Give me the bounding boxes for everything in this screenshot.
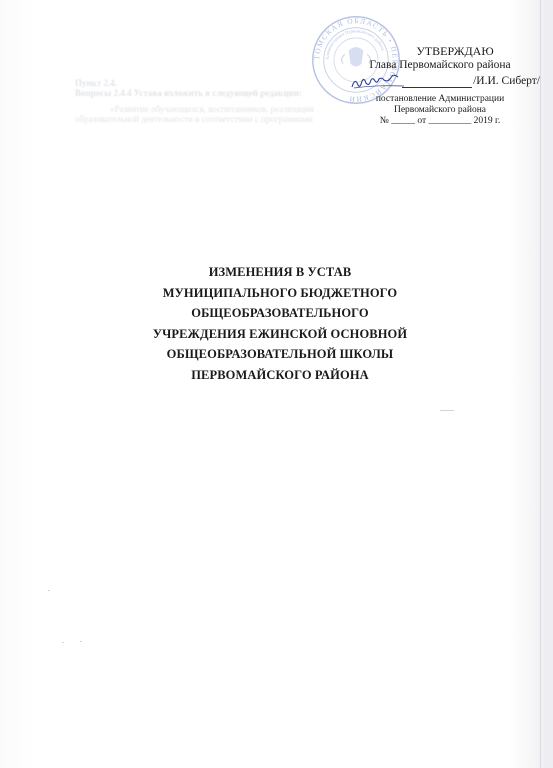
decree-year: 2019 г. — [474, 116, 501, 126]
approver-name: /И.И. Сиберт/ — [473, 74, 540, 88]
approver-position: Глава Первомайского района — [340, 58, 540, 72]
bleed-through-text: Пункт 2.4. — [75, 78, 117, 88]
bleed-through-text: образовательной деятельности в соответст… — [75, 114, 313, 124]
approval-heading: УТВЕРЖДАЮ — [370, 44, 540, 58]
title-line: УЧРЕЖДЕНИЯ ЕЖИНСКОЙ ОСНОВНОЙ — [100, 324, 460, 345]
decree-date-blank: _________ — [429, 116, 472, 126]
title-line: ОБЩЕОБРАЗОВАТЕЛЬНОЙ ШКОЛЫ — [100, 344, 460, 365]
title-line: МУНИЦИПАЛЬНОГО БЮДЖЕТНОГО — [100, 283, 460, 304]
approval-block: УТВЕРЖДАЮ Глава Первомайского района /И.… — [340, 44, 540, 127]
page-edge — [540, 0, 541, 768]
title-line: ПЕРВОМАЙСКОГО РАЙОНА — [100, 365, 460, 386]
decree-number-blank: _____ — [391, 116, 415, 126]
scanner-margin — [546, 0, 553, 768]
decree-line-1: постановление Администрации — [340, 94, 540, 105]
scan-speck — [48, 590, 50, 591]
bleed-through-text: «Развитие обучающихся, воспитанников, ре… — [110, 104, 314, 114]
bleed-through-text: Вопросы 2.4.4 Устава изложить в следующе… — [75, 88, 302, 98]
title-line: ОБЩЕОБРАЗОВАТЕЛЬНОГО — [100, 303, 460, 324]
scan-speck — [440, 410, 454, 411]
decree-number-date: № _____ от _________ 2019 г. — [340, 116, 540, 127]
title-line: ИЗМЕНЕНИЯ В УСТАВ — [100, 262, 460, 283]
decree-line-2: Первомайского района — [340, 105, 540, 116]
decree-from: от — [417, 116, 426, 126]
scan-speck — [80, 641, 82, 642]
scan-speck — [62, 642, 64, 643]
handwritten-signature-icon — [350, 74, 410, 90]
decree-number-label: № — [380, 116, 389, 126]
document-title: ИЗМЕНЕНИЯ В УСТАВ МУНИЦИПАЛЬНОГО БЮДЖЕТН… — [100, 262, 460, 385]
scanned-page: Пункт 2.4. Вопросы 2.4.4 Устава изложить… — [0, 0, 553, 768]
